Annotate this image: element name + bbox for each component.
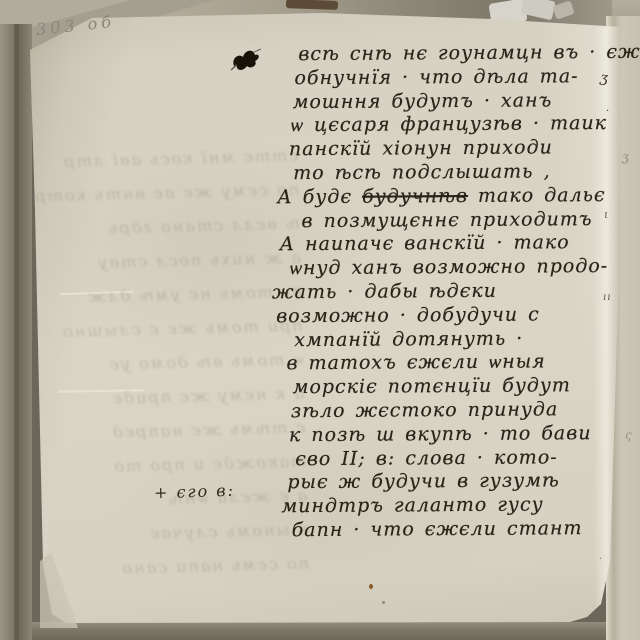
manuscript-line: рыє ж будучи в гузумѣ — [287, 469, 637, 495]
manuscript-line: жать · дабы ѣдєки — [272, 279, 636, 305]
line-text: А будє — [277, 185, 362, 208]
manuscript-line: в татохъ єжєли ѡныя — [286, 350, 636, 376]
marginal-note: + єго в: — [154, 481, 236, 503]
manuscript-line: ѡ цєсаря французѣв · таик — [291, 112, 635, 138]
manuscript-line: ѡнуд ханъ возможно продо- — [290, 255, 636, 281]
bleedthrough-text: сттє мнї кось авї лтрпо сєму жє ає внть … — [42, 139, 310, 616]
manuscript-line: в позмущєннє приходитъ — [301, 207, 635, 233]
manuscript-line: панскїй хіонун приходи — [289, 136, 635, 162]
manuscript-line: то ѣсѣ подслышать , — [293, 160, 635, 186]
manuscript-line: хмпанїй дотянуть · — [294, 326, 636, 352]
struck-text: будучнѣв — [362, 185, 468, 208]
manuscript-line: мошння будутъ · ханъ — [293, 88, 635, 114]
manuscript-line: А будє будучнѣв тако дальє — [277, 184, 635, 210]
line-text: тако дальє — [468, 184, 606, 207]
manuscript-line: к позѣ ш вкупѣ · то бави — [289, 422, 637, 448]
manuscript-scan: сттє мнї кось авї лтрпо сєму жє ає внть … — [0, 0, 640, 640]
spine-gutter-shadow — [14, 24, 19, 640]
ink-blot — [228, 46, 264, 76]
book-edge-bottom — [0, 622, 640, 640]
bleedthrough-line: по сємь напи сано — [53, 547, 310, 588]
manuscript-line: миндтръ галанто гусу — [281, 493, 637, 519]
manuscript-line: єво ІІ; в: слова · кото- — [295, 445, 637, 471]
manuscript-line: обнучнїя · что дѣла та- — [294, 65, 634, 91]
manuscript-line: всѣ снѣ нє гоунамцн въ · єжєаї — [298, 41, 634, 67]
paper-fleck — [382, 601, 385, 604]
manuscript-line: морскіє потєнцїи будут — [293, 374, 637, 400]
manuscript-line: зѣло жєстоко принуда — [291, 398, 637, 424]
paper-fleck — [369, 584, 373, 589]
manuscript-text-block: всѣ снѣ нє гоунамцн въ · єжєаїобнучнїя ·… — [286, 41, 637, 543]
manuscript-line: бапн · что єжєли стант — [292, 517, 638, 543]
manuscript-line: возможно · добудучи с — [276, 303, 636, 329]
manuscript-line: А наипачє ванскїй · тако — [280, 231, 636, 257]
